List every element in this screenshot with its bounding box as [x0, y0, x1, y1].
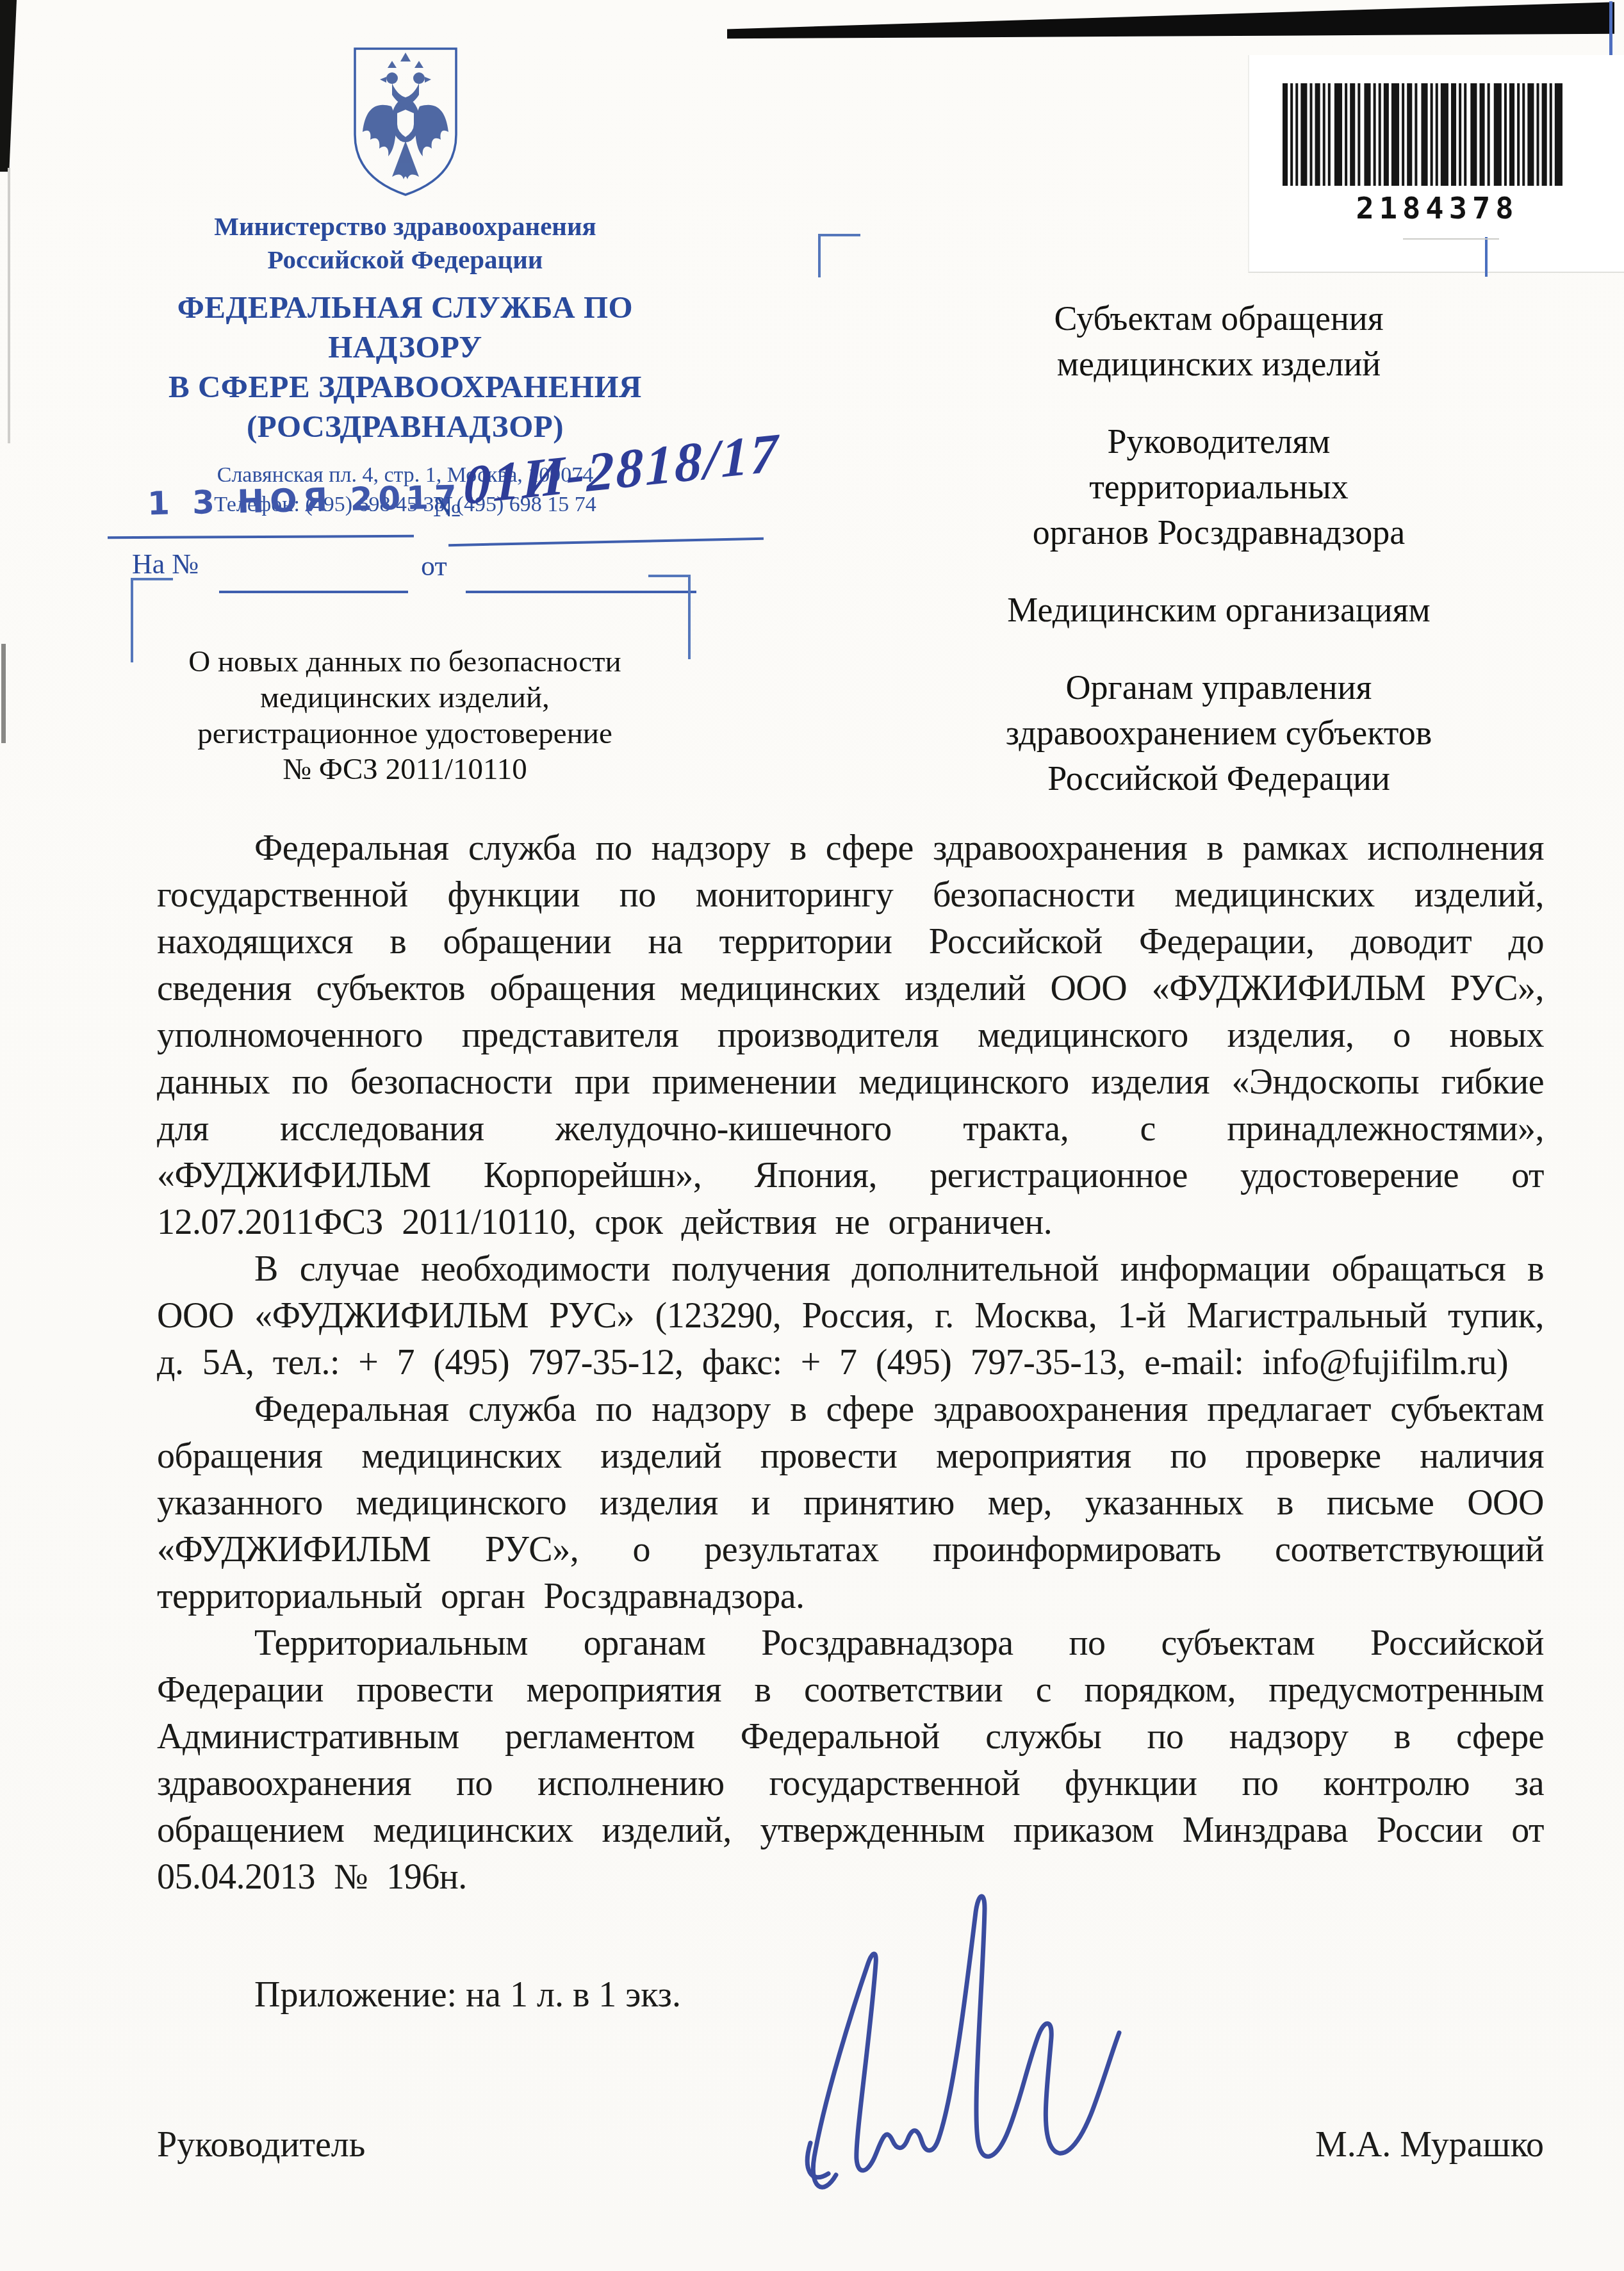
reply-number-underline: [219, 591, 408, 593]
corner-mark-addressee-left-vertical: [818, 234, 821, 277]
addressee-line: Органам управления: [862, 665, 1576, 710]
subject-line: медицинских изделий,: [149, 680, 661, 716]
addressee-group: Субъектам обращения медицинских изделий: [862, 296, 1576, 387]
scan-artifact-edge-tick: [1, 644, 6, 743]
subject-line: О новых данных по безопасности: [149, 644, 661, 680]
service-name: ФЕДЕРАЛЬНАЯ СЛУЖБА ПО НАДЗОРУ В СФЕРЕ ЗД…: [109, 288, 701, 447]
body-paragraph-1: Федеральная служба по надзору в сфере зд…: [157, 825, 1544, 1246]
scan-artifact-corner: [0, 0, 17, 172]
subject-line: № ФСЗ 2011/10110: [149, 751, 661, 787]
subject-block: О новых данных по безопасности медицинск…: [149, 644, 661, 787]
scan-artifact-top-right-tick: [1609, 1, 1612, 55]
reply-date-underline: [466, 591, 696, 593]
scan-artifact-top-line: [727, 1, 1614, 41]
corner-mark-subject-right: [648, 575, 691, 577]
corner-mark-addressee-right-gray-line: [1403, 238, 1499, 240]
corner-mark-addressee-right: [1485, 237, 1488, 277]
service-line-2: В СФЕРЕ ЗДРАВООХРАНЕНИЯ: [109, 367, 701, 407]
letter-body: Федеральная служба по надзору в сфере зд…: [157, 825, 1544, 1901]
addressee-line: здравоохранением субъектов: [862, 710, 1576, 756]
signature-strokes: [807, 1896, 1119, 2187]
subject-line: регистрационное удостоверение: [149, 716, 661, 751]
addressee-group: Органам управления здравоохранением субъ…: [862, 665, 1576, 801]
service-line-1: ФЕДЕРАЛЬНАЯ СЛУЖБА ПО НАДЗОРУ: [109, 288, 701, 367]
body-paragraph-2: В случае необходимости получения дополни…: [157, 1246, 1544, 1386]
corner-mark-addressee-left: [818, 234, 860, 236]
handwritten-signature: [791, 1867, 1188, 2226]
reply-date-label: от: [421, 550, 447, 582]
body-paragraph-3: Федеральная служба по надзору в сфере зд…: [157, 1386, 1544, 1620]
number-label: №: [433, 489, 461, 523]
corner-mark-subject-left-vertical: [131, 578, 133, 662]
scan-artifact-edge-line: [8, 168, 10, 443]
barcode-bars: [1283, 83, 1562, 186]
signer-name: М.А. Мурашко: [1211, 2124, 1544, 2165]
addressee-line: Медицинским организациям: [862, 587, 1576, 633]
addressee-line: Руководителям: [862, 419, 1576, 464]
signer-title: Руководитель: [157, 2124, 365, 2165]
barcode-icon: [1283, 83, 1564, 186]
corner-mark-subject-left: [131, 578, 173, 580]
addressee-list: Субъектам обращения медицинских изделий …: [862, 296, 1576, 833]
addressee-line: Российской Федерации: [862, 756, 1576, 801]
ministry-line-2: Российской Федерации: [109, 243, 701, 276]
ministry-name: Министерство здравоохранения Российской …: [109, 209, 701, 276]
body-paragraph-4: Территориальным органам Росздравнадзора …: [157, 1620, 1544, 1901]
double-headed-eagle: [363, 53, 448, 179]
addressee-line: территориальных: [862, 464, 1576, 510]
scanned-letter-page: 2184378 Министерство здравоохранения Рос…: [0, 0, 1624, 2271]
date-underline: [108, 535, 414, 539]
addressee-line: медицинских изделий: [862, 341, 1576, 387]
addressee-line: органов Росздравнадзора: [862, 510, 1576, 555]
addressee-group: Руководителям территориальных органов Ро…: [862, 419, 1576, 555]
barcode-sheet: 2184378: [1248, 55, 1624, 273]
date-stamp: 1 3 НОЯ 2017: [147, 479, 463, 522]
addressee-line: Субъектам обращения: [862, 296, 1576, 341]
reply-number-label: На №: [132, 548, 199, 580]
ministry-line-1: Министерство здравоохранения: [109, 209, 701, 243]
number-underline: [448, 537, 764, 546]
addressee-group: Медицинским организациям: [862, 587, 1576, 633]
corner-mark-subject-right-vertical: [688, 575, 691, 659]
coat-of-arms-russia-icon: [351, 45, 460, 199]
barcode-number: 2184378: [1249, 191, 1624, 226]
